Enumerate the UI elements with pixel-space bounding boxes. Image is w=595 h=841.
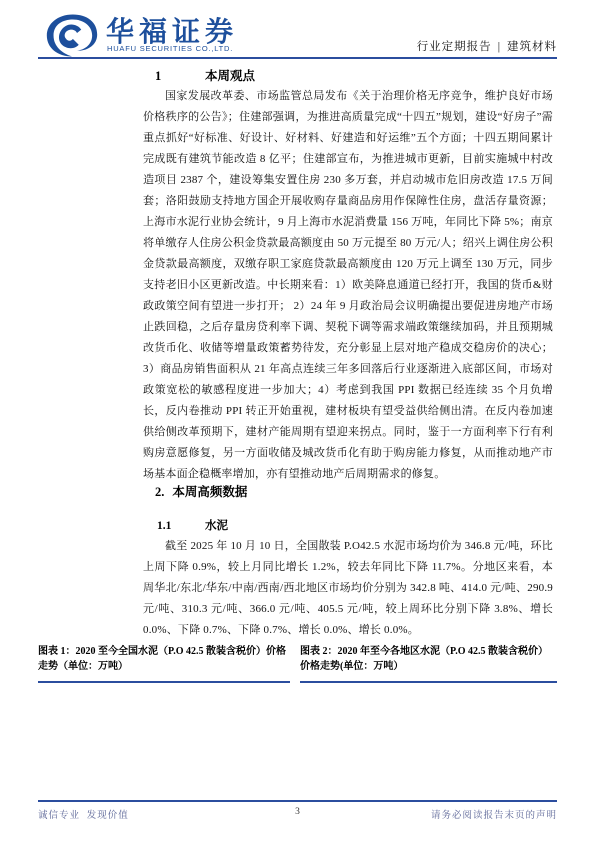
industry-name: 建筑材料 bbox=[507, 41, 557, 53]
section-2-heading: 2.本周高频数据 bbox=[155, 482, 247, 500]
section-1-1-paragraph: 截至 2025 年 10 月 10 日，全国散装 P.O42.5 水泥市场均价为… bbox=[143, 536, 553, 641]
header-separator: | bbox=[498, 41, 501, 53]
section-2-number: 2. bbox=[155, 485, 164, 499]
figure-1-chart-area bbox=[38, 683, 290, 793]
section-1-1-heading: 1.1水泥 bbox=[157, 517, 228, 533]
report-type: 行业定期报告 bbox=[417, 41, 492, 53]
figure-2-caption: 图表 2：2020 年至今各地区水泥（P.O 42.5 散装含税价）价格走势(单… bbox=[300, 644, 557, 683]
section-2-title: 本周高频数据 bbox=[172, 485, 247, 499]
figure-2-chart-area bbox=[300, 683, 557, 793]
figure-1-caption: 图表 1：2020 至今全国水泥（P.O 42.5 散装含税价）价格走势（单位：… bbox=[38, 644, 290, 683]
logo-company-name-en: HUAFU SECURITIES CO.,LTD. bbox=[107, 44, 233, 53]
report-type-label: 行业定期报告|建筑材料 bbox=[417, 38, 557, 54]
footer-disclaimer: 请务必阅读报告末页的声明 bbox=[431, 807, 557, 821]
section-1-1-title: 水泥 bbox=[205, 520, 228, 532]
header-divider bbox=[38, 57, 557, 59]
section-1-number: 1 bbox=[155, 69, 205, 84]
report-page: 华福证券 HUAFU SECURITIES CO.,LTD. 行业定期报告|建筑… bbox=[0, 0, 595, 841]
section-1-title: 本周观点 bbox=[205, 69, 255, 83]
section-1-heading: 1本周观点 bbox=[155, 66, 255, 84]
section-1-paragraph: 国家发展改革委、市场监管总局发布《关于治理价格无序竞争，维护良好市场价格秩序的公… bbox=[143, 86, 553, 485]
footer-divider bbox=[38, 800, 557, 802]
section-1-1-number: 1.1 bbox=[157, 520, 205, 532]
huafu-logo-icon bbox=[42, 12, 102, 59]
